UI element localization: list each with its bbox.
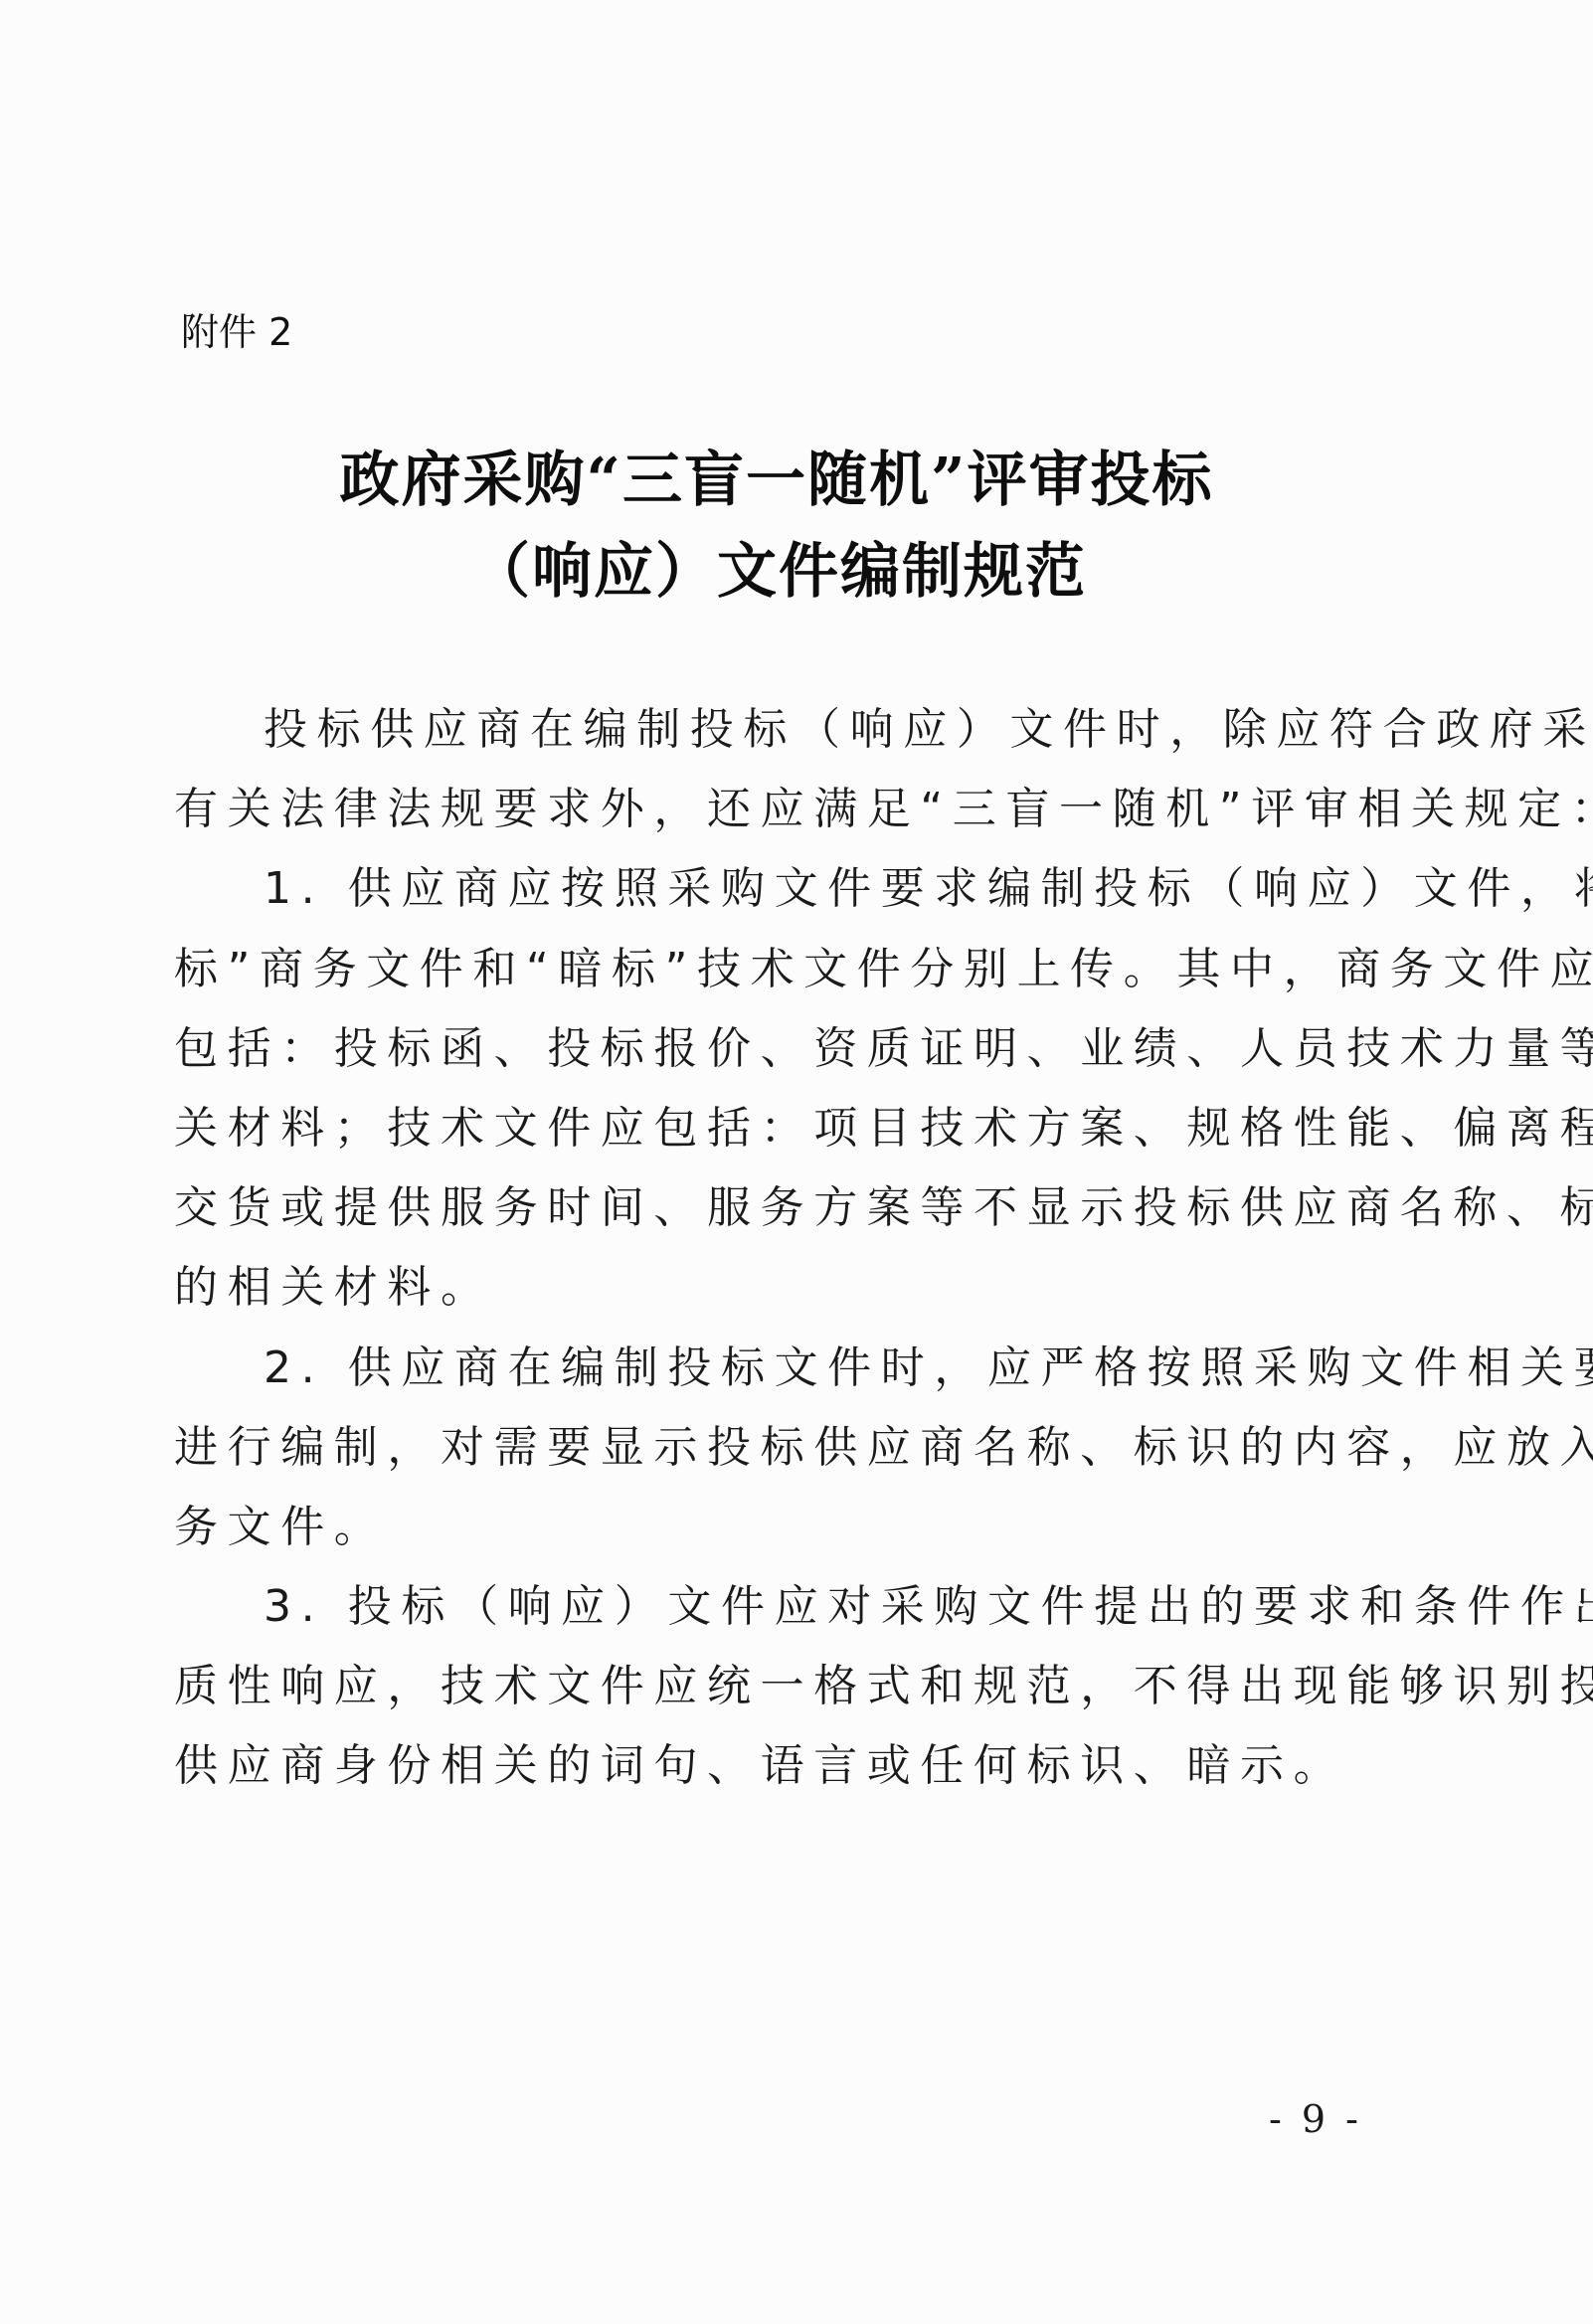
document-title-line-1: 政府采购“三盲一随机”评审投标 — [0, 444, 1573, 517]
text-line: 有关法律法规要求外，还应满足“三盲一随机”评审相关规定： — [174, 776, 1363, 855]
text-line: 质性响应，技术文件应统一格式和规范，不得出现能够识别投标 — [174, 1653, 1363, 1732]
text-line: 2. 供应商在编制投标文件时，应严格按照采购文件相关要求 — [174, 1335, 1363, 1414]
text-line: 投标供应商在编制投标（响应）文件时，除应符合政府采购 — [174, 696, 1363, 776]
text-line: 关材料；技术文件应包括：项目技术方案、规格性能、偏离程度、 — [174, 1095, 1363, 1174]
document-title-line-2: （响应）文件编制规范 — [0, 535, 1575, 609]
document-page: 附件 2 政府采购“三盲一随机”评审投标 （响应）文件编制规范 投标供应商在编制… — [0, 0, 1593, 2324]
paragraph-intro: 投标供应商在编制投标（响应）文件时，除应符合政府采购 有关法律法规要求外，还应满… — [174, 696, 1367, 855]
paragraph-item-3: 3. 投标（响应）文件应对采购文件提出的要求和条件作出实 质性响应，技术文件应统… — [174, 1573, 1367, 1813]
text-line: 1. 供应商应按照采购文件要求编制投标（响应）文件，将“明 — [174, 855, 1363, 935]
text-line: 3. 投标（响应）文件应对采购文件提出的要求和条件作出实 — [174, 1573, 1363, 1653]
text-line: 供应商身份相关的词句、语言或任何标识、暗示。 — [174, 1732, 1363, 1812]
paragraph-item-1: 1. 供应商应按照采购文件要求编制投标（响应）文件，将“明 标”商务文件和“暗标… — [174, 855, 1367, 1334]
attachment-label: 附件 2 — [181, 306, 292, 358]
text-line: 包括：投标函、投标报价、资质证明、业绩、人员技术力量等相 — [174, 1015, 1363, 1095]
page-number: - 9 - — [1269, 2096, 1362, 2142]
text-line: 的相关材料。 — [174, 1254, 1363, 1334]
document-body: 投标供应商在编制投标（响应）文件时，除应符合政府采购 有关法律法规要求外，还应满… — [174, 696, 1367, 1813]
text-line: 交货或提供服务时间、服务方案等不显示投标供应商名称、标识 — [174, 1174, 1363, 1254]
text-line: 务文件。 — [174, 1494, 1363, 1573]
text-line: 标”商务文件和“暗标”技术文件分别上传。其中，商务文件应 — [174, 936, 1363, 1015]
paragraph-item-2: 2. 供应商在编制投标文件时，应严格按照采购文件相关要求 进行编制，对需要显示投… — [174, 1335, 1367, 1574]
text-line: 进行编制，对需要显示投标供应商名称、标识的内容，应放入商 — [174, 1414, 1363, 1494]
